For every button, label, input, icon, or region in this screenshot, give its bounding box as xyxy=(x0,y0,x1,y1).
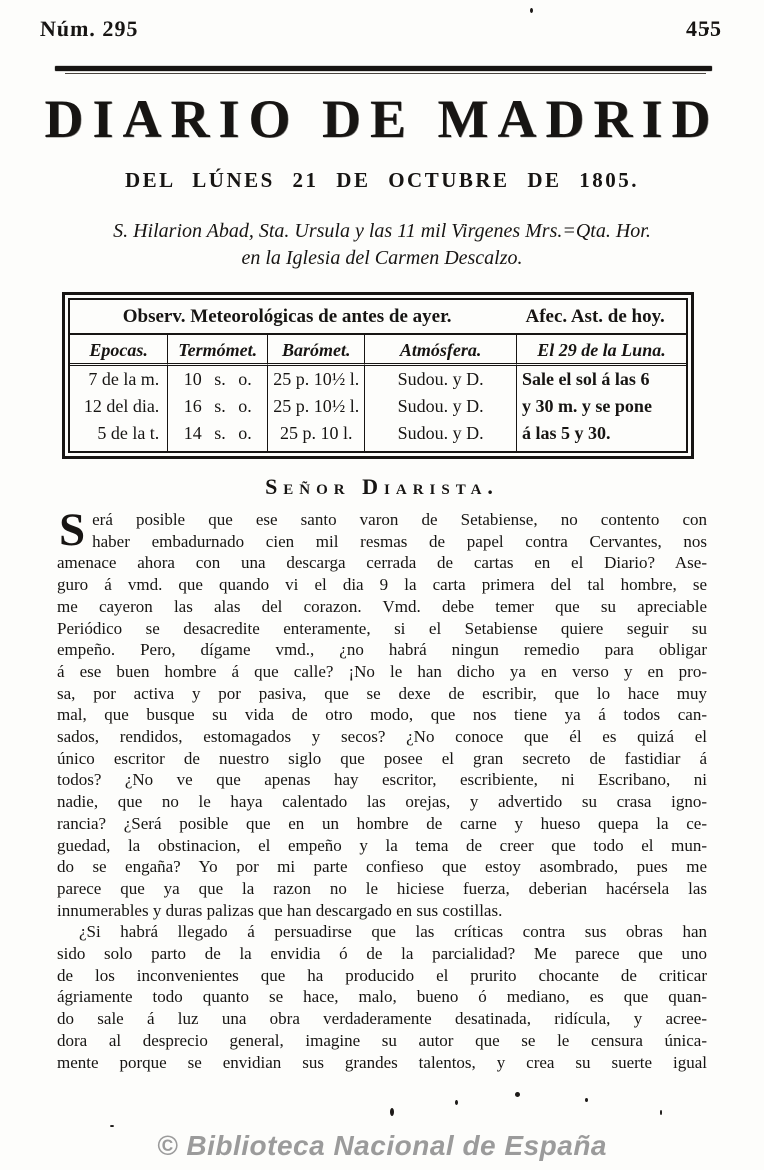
text-line: haber embadurnado cien mil resmas de pap… xyxy=(57,531,707,553)
text-line: guro á vmd. que quando vi el dia 9 la ca… xyxy=(57,574,707,596)
article-heading: Señor Diarista. xyxy=(0,474,764,500)
ink-speck xyxy=(110,1125,114,1127)
page-number: 455 xyxy=(686,16,722,42)
weather-column-header: Barómet. xyxy=(267,335,364,366)
weather-column-header: Termómet. xyxy=(167,335,267,366)
saints-line-2: en la Iglesia del Carmen Descalzo. xyxy=(70,245,694,272)
header-rule xyxy=(55,66,712,74)
library-watermark: © Biblioteca Nacional de España xyxy=(0,1130,764,1162)
weather-table-cell: Sudou. y D. xyxy=(364,366,516,393)
masthead-title: DIARIO DE MADRID xyxy=(0,88,764,150)
text-line: ágriamente todo quanto se hace, malo, bu… xyxy=(57,986,707,1008)
header-rule-bar xyxy=(55,66,712,71)
weather-table-cell: Sudou. y D. xyxy=(364,393,516,420)
weather-table-cell: 14 s. o. xyxy=(167,420,267,451)
article-body: S erá posible que ese santo varon de Set… xyxy=(57,509,707,1073)
paragraph-2: ¿Si habrá llegado á persuadirse que las … xyxy=(57,921,707,1073)
weather-column-header: El 29 de la Luna. xyxy=(516,335,686,366)
weather-grid: Epocas.Termómet.Barómet.Atmósfera.El 29 … xyxy=(70,335,686,451)
ink-speck xyxy=(455,1100,458,1105)
text-line: todos? ¿No ve que apenas hay escritor, e… xyxy=(57,769,707,791)
text-line: dora al desprecio general, imagine su au… xyxy=(57,1030,707,1052)
text-line: do se engaña? Yo por mi parte confieso q… xyxy=(57,856,707,878)
ink-speck xyxy=(660,1110,662,1115)
running-head: Núm. 295 455 xyxy=(40,16,722,42)
weather-table: Observ. Meteorológicas de antes de ayer.… xyxy=(62,292,694,459)
weather-column-header: Atmósfera. xyxy=(364,335,516,366)
text-line: amenace ahora con una descarga cerrada d… xyxy=(57,552,707,574)
ink-speck xyxy=(585,1098,588,1102)
text-line: ¿Si habrá llegado á persuadirse que las … xyxy=(57,921,707,943)
weather-table-cell: 12 del dia. xyxy=(70,393,167,420)
text-line: erá posible que ese santo varon de Setab… xyxy=(57,509,707,531)
text-line: sados, rendidos, estomagados y secos? ¿N… xyxy=(57,726,707,748)
saints-line-1: S. Hilarion Abad, Sta. Ursula y las 11 m… xyxy=(70,218,694,245)
weather-table-cell: Sudou. y D. xyxy=(364,420,516,451)
weather-table-header: Observ. Meteorológicas de antes de ayer.… xyxy=(70,300,686,335)
ink-speck xyxy=(390,1108,394,1116)
weather-table-cell: 25 p. 10½ l. xyxy=(267,393,364,420)
weather-table-cell: y 30 m. y se pone xyxy=(516,393,686,420)
text-line: Periódico se desacredite enteramente, si… xyxy=(57,618,707,640)
text-line: mente porque se envidian sus grandes tal… xyxy=(57,1052,707,1074)
paragraph-1: S erá posible que ese santo varon de Set… xyxy=(57,509,707,921)
text-line: mal, que busque su vida de otro modo, qu… xyxy=(57,704,707,726)
weather-table-cell: á las 5 y 30. xyxy=(516,420,686,451)
text-line: innumerables y duras palizas que han des… xyxy=(57,900,707,922)
text-line: único escritor de nuestro siglo que pose… xyxy=(57,748,707,770)
text-line: sa, por activa y por pasiva, que se dexe… xyxy=(57,683,707,705)
header-rule-thin-line xyxy=(65,73,706,74)
weather-column-header: Epocas. xyxy=(70,335,167,366)
text-line: empeño. Pero, dígame vmd., ¿no habrá nin… xyxy=(57,639,707,661)
weather-table-cell: 10 s. o. xyxy=(167,366,267,393)
text-line: rancia? ¿Será posible que en un hombre d… xyxy=(57,813,707,835)
text-line: parece que ya que la razon no le hiciese… xyxy=(57,878,707,900)
saints-day-lines: S. Hilarion Abad, Sta. Ursula y las 11 m… xyxy=(70,218,694,272)
text-line: guedad, la obstinacion, el empeño y la t… xyxy=(57,835,707,857)
weather-table-inner: Observ. Meteorológicas de antes de ayer.… xyxy=(68,298,688,453)
weather-table-cell: 25 p. 10 l. xyxy=(267,420,364,451)
text-line: sido solo parto de la envidia ó de la pa… xyxy=(57,943,707,965)
weather-table-cell: 7 de la m. xyxy=(70,366,167,393)
issue-number: Núm. 295 xyxy=(40,16,139,42)
newspaper-page: Núm. 295 455 DIARIO DE MADRID DEL LÚNES … xyxy=(0,0,764,1170)
weather-header-right: Afec. Ast. de hoy. xyxy=(504,306,686,328)
text-line: nadie, que no le haya calentado las orej… xyxy=(57,791,707,813)
text-line: de los inconvenientes que ha producido e… xyxy=(57,965,707,987)
weather-table-cell: 16 s. o. xyxy=(167,393,267,420)
weather-header-left: Observ. Meteorológicas de antes de ayer. xyxy=(70,306,504,328)
ink-speck xyxy=(515,1092,520,1097)
text-line: do sale á luz una obra verdaderamente de… xyxy=(57,1008,707,1030)
weather-table-cell: 25 p. 10½ l. xyxy=(267,366,364,393)
ink-speck xyxy=(706,27,709,30)
weather-table-cell: 5 de la t. xyxy=(70,420,167,451)
text-line: me cayeron las alas del corazon. Vmd. de… xyxy=(57,596,707,618)
date-line: DEL LÚNES 21 DE OCTUBRE DE 1805. xyxy=(0,168,764,193)
text-line: á ese buen hombre á que calle? ¡No le ha… xyxy=(57,661,707,683)
ink-speck xyxy=(530,8,533,13)
drop-cap: S xyxy=(57,509,92,549)
weather-table-cell: Sale el sol á las 6 xyxy=(516,366,686,393)
